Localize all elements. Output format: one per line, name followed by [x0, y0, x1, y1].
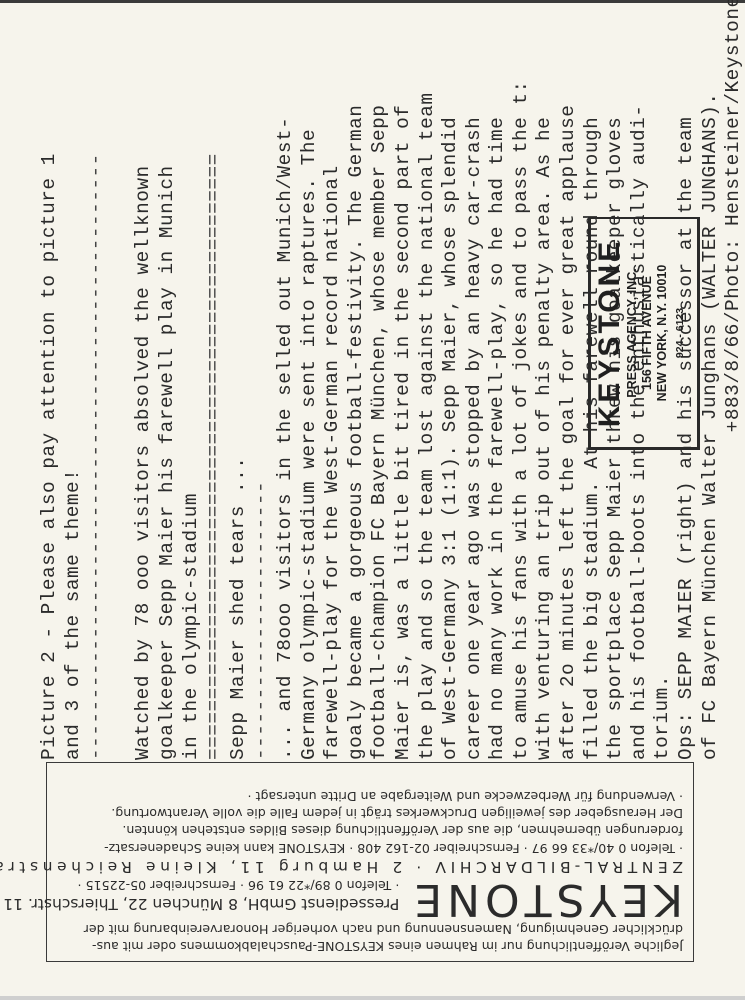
body-line: football-champion FC Bayern München, who… [368, 0, 392, 760]
rights-notice-box: Jegliche Veröffentlichung nur im Rahmen … [46, 762, 694, 962]
body-line: Germany olympic-stadium were sent into r… [298, 0, 322, 760]
body-line: the play and so the team lost against th… [416, 0, 440, 760]
keystone-ink-stamp: KEYSTONE PRESS AGENCY, INC. 156 FIFTH AV… [588, 217, 700, 450]
body-line: with venturing an trip out of his penalt… [533, 0, 557, 760]
body-line: farewell-play for the West-German record… [321, 0, 345, 760]
headline-line: and 3 of the same theme! [62, 0, 86, 760]
double-rule: ========================================… [203, 0, 227, 760]
body-line: ... and 78ooo visitors in the selled out… [274, 0, 298, 760]
notice-hamburg-phone: · Telefon 0 40/*33 66 97 · Fernschreiber… [57, 839, 683, 857]
spacer [109, 0, 133, 760]
body-line: to amuse his fans with a lot of jokes an… [510, 0, 534, 760]
dash-rule-short: ----------------------- [250, 0, 274, 760]
body-line: after 2o minutes left the goal for ever … [557, 0, 581, 760]
dash-rule: ----------------------------------------… [85, 0, 109, 760]
body-line: Maier is, was a little bit tired in the … [392, 0, 416, 760]
keystone-logo: KEYSTONE [409, 877, 683, 921]
section-title: Sepp Maier shed tears ... [227, 0, 251, 760]
photo-credit: +883/8/66/Photo: Hensteiner/Keystone [722, 0, 745, 760]
caption-sheet: Picture 2 - Please also pay attention to… [0, 0, 745, 1000]
body-line: goaly became a gorgeous football-festivi… [345, 0, 369, 760]
notice-line: Der Herausgeber des jeweiligen Druckwerk… [57, 805, 683, 822]
body-line: of West-Germany 3:1 (1:1). Sepp Maier, w… [439, 0, 463, 760]
notice-press-address: Pressedienst GmbH, 8 München 22, Thiersc… [3, 894, 399, 913]
notice-line: forderungen übernehmen, die aus der Verö… [57, 822, 683, 839]
notice-brand-row: KEYSTONE Pressedienst GmbH, 8 München 22… [57, 877, 683, 921]
body-line: career one year ago was stopped by an he… [463, 0, 487, 760]
stamp-brand: KEYSTONE [595, 219, 625, 447]
stamp-agency: PRESS AGENCY, INC. [625, 219, 640, 447]
subhead-line: goalkeeper Sepp Maier his farewell play … [156, 0, 180, 760]
stamp-city: NEW YORK, N.Y. 10010 [655, 219, 670, 447]
body-line: had no many work in the farewell-play, s… [486, 0, 510, 760]
notice-line: · Verwendung für Werbezwecke und Weiterg… [57, 788, 683, 805]
notice-line: Jegliche Veröffentlichung nur im Rahmen … [57, 938, 683, 955]
notice-archive-address: ZENTRAL-BILDARCHIV · 2 Hamburg 11, Klein… [57, 857, 683, 877]
bottom-edge-shadow [0, 996, 745, 1000]
stamp-phone: 924 - 6123 [672, 219, 688, 447]
subhead-line: Watched by 78 ooo visitors absolved the … [132, 0, 156, 760]
ops-line: of FC Bayern München Walter Junghans (WA… [699, 0, 723, 760]
notice-munich-phone: · Telefon 0 89/*22 61 96 · Fernschreiber… [3, 877, 399, 894]
photo-credit-text: +883/8/66/Photo: Hensteiner/Keystone [722, 0, 744, 432]
subhead-line: in the olympic-stadium [180, 0, 204, 760]
headline-line: Picture 2 - Please also pay attention to… [38, 0, 62, 760]
stamp-address: 156 FIFTH AVENUE [640, 219, 655, 447]
